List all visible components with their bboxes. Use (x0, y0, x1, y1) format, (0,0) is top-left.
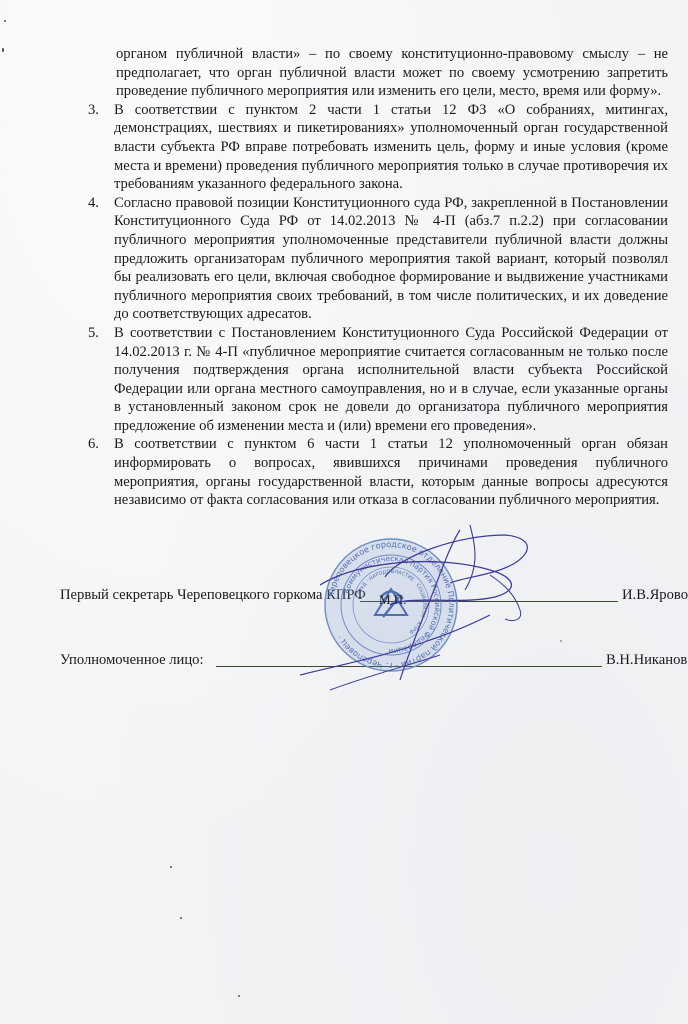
list-item-text: В соответствии с пунктом 6 части 1 стать… (114, 436, 668, 508)
list-item: 5. В соответствии с Постановлением Конст… (88, 324, 668, 436)
list-number: 4. (88, 194, 99, 213)
list-number: 5. (88, 324, 99, 343)
signatory-name: В.Н.Никанов (606, 651, 687, 669)
signatory-role: Уполномоченное лицо: (60, 652, 204, 668)
list-number: 3. (88, 101, 99, 120)
scan-speck (180, 917, 182, 919)
list-item: 6. В соответствии с пунктом 6 части 1 ст… (88, 435, 668, 509)
signatory-name: И.В.Яровой (622, 586, 688, 604)
scan-speck (2, 48, 4, 52)
document-body: органом публичной власти» – по своему ко… (88, 45, 668, 510)
scan-speck (170, 866, 172, 868)
list-item: 3. В соответствии с пунктом 2 части 1 ст… (88, 101, 668, 194)
scanned-page: органом публичной власти» – по своему ко… (0, 0, 688, 1024)
handwritten-signature-icon (290, 515, 550, 695)
paragraph-text: органом публичной власти» – по своему ко… (116, 46, 668, 99)
list-item: 4. Согласно правовой позиции Конституцио… (88, 194, 668, 324)
scan-speck (560, 640, 562, 642)
list-item-text: В соответствии с Постановлением Конститу… (114, 325, 668, 434)
continuation-paragraph: органом публичной власти» – по своему ко… (88, 45, 668, 101)
scan-speck (238, 995, 240, 997)
scan-speck (4, 20, 6, 22)
list-item-text: В соответствии с пунктом 2 части 1 стать… (114, 102, 668, 192)
list-item-text: Согласно правовой позиции Конституционно… (114, 195, 668, 323)
list-number: 6. (88, 435, 99, 454)
